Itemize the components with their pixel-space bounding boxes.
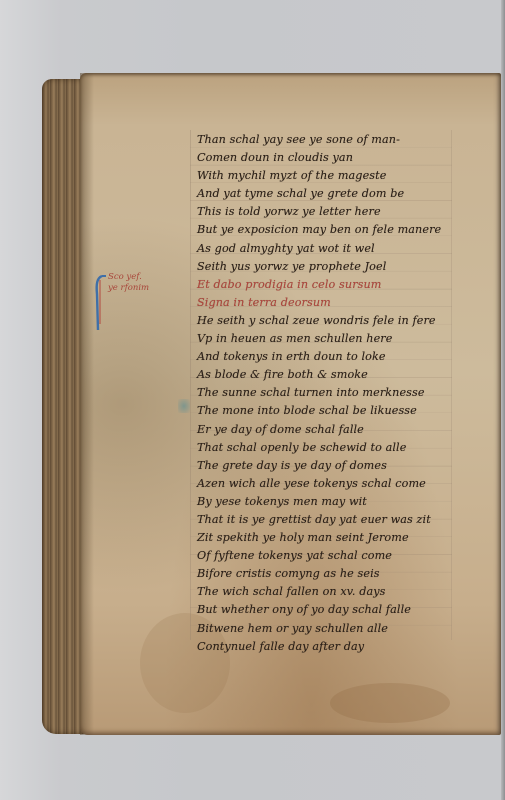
stain [330, 683, 450, 723]
text-line: As blode & fire both & smoke [197, 366, 467, 384]
paraph-mark-icon [94, 274, 106, 332]
text-line: The grete day is ye day of domes [197, 457, 467, 475]
text-line: Vp in heuen as men schullen here [197, 330, 467, 348]
text-line: With mychil myzt of the mageste [197, 167, 467, 185]
text-line: By yese tokenys men may wit [197, 493, 467, 511]
blue-ink-mark [178, 399, 190, 413]
text-line: Of fyftene tokenys yat schal come [197, 547, 467, 565]
text-line: He seith y schal zeue wondris fele in fe… [197, 312, 467, 330]
text-line: The mone into blode schal be likuesse [197, 402, 467, 420]
text-line: Bifore cristis comyng as he seis [197, 565, 467, 583]
text-line: The wich schal fallen on xv. days [197, 583, 467, 601]
text-line: And yat tyme schal ye grete dom be [197, 185, 467, 203]
text-line: Contynuel falle day after day [197, 638, 467, 656]
text-line: As god almyghty yat wot it wel [197, 240, 467, 258]
text-line: Azen wich alle yese tokenys schal come [197, 475, 467, 493]
text-line: Er ye day of dome schal falle [197, 421, 467, 439]
text-line: Bitwene hem or yay schullen alle [197, 620, 467, 638]
text-line: Seith yus yorwz ye prophete Joel [197, 258, 467, 276]
text-line: But ye exposicion may ben on fele manere [197, 221, 467, 239]
rubric-line: Et dabo prodigia in celo sursum [197, 276, 467, 294]
page-gutter-shadow [80, 73, 94, 735]
text-line: This is told yorwz ye letter here [197, 203, 467, 221]
marginal-note-line: Sco yef. [108, 272, 168, 283]
text-line: That schal openly be schewid to alle [197, 439, 467, 457]
marginal-note: Sco yef. ye rfonim [108, 272, 168, 294]
text-line: Comen doun in cloudis yan [197, 149, 467, 167]
manuscript-text: Than schal yay see ye sone of man- Comen… [197, 131, 467, 656]
text-line: But whether ony of yo day schal falle [197, 601, 467, 619]
text-line: That it is ye grettist day yat euer was … [197, 511, 467, 529]
text-line: Zit spekith ye holy man seint Jerome [197, 529, 467, 547]
text-line: And tokenys in erth doun to loke [197, 348, 467, 366]
text-line: The sunne schal turnen into merknesse [197, 384, 467, 402]
rubric-line: Signa in terra deorsum [197, 294, 467, 312]
text-line: Than schal yay see ye sone of man- [197, 131, 467, 149]
marginal-note-line: ye rfonim [108, 283, 168, 294]
